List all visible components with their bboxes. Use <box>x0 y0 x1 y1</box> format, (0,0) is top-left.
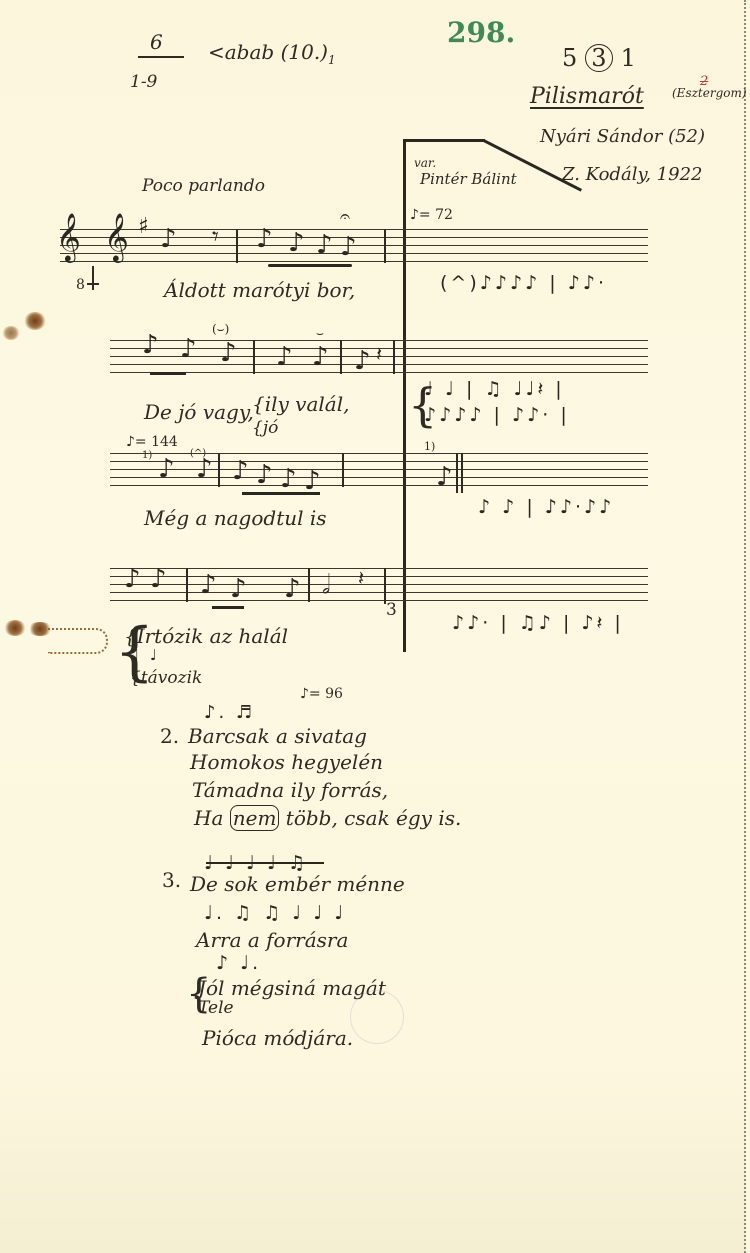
eighth-note-icon: ♪ <box>196 456 213 482</box>
classification-circled: 3 <box>585 44 613 72</box>
lyrics-line-4-rhythm: ♩ ♩ <box>132 646 160 664</box>
verse-2-line-4-suffix: több, csak égy is. <box>279 806 461 830</box>
verse-3-beam <box>206 862 324 864</box>
variant-rhythm-3: ♪ ♪ | ♪♪·♪♪ <box>478 496 614 518</box>
fraction-bar <box>138 56 184 58</box>
barline <box>186 568 188 602</box>
lyrics-line-4-bottom: {távozik <box>130 668 202 688</box>
place-note: (Esztergom) <box>672 86 747 100</box>
eighth-note-icon: ♪ <box>230 576 247 602</box>
half-note-icon: 𝅗𝅥 <box>322 572 330 598</box>
eighth-note-icon: ♪ <box>142 332 159 358</box>
ornament-mark: ⌣ <box>316 326 324 341</box>
tempo-marking: Poco parlando <box>142 176 265 196</box>
octave-stem <box>92 266 94 290</box>
eighth-note-icon: ♪ <box>200 572 217 598</box>
form-label: <abab (10.)1 <box>208 40 336 67</box>
fermata-icon: 𝄐 <box>340 208 350 226</box>
verse-2-line: Ha nem több, csak égy is. <box>194 806 461 830</box>
verse-3-line: De sok embér ménne <box>190 872 405 896</box>
classification: 5 3 1 <box>562 44 636 72</box>
place-note-text: (Esztergom) <box>672 86 747 100</box>
variant-tempo: ♪= 72 <box>410 207 453 223</box>
lyrics-line-4-top: {Irtózik az halál <box>124 624 288 648</box>
barline <box>393 340 395 374</box>
ink-stain <box>2 326 20 340</box>
variant-rhythm-2-top: ♩ ♩ | ♫ ♩♩𝄽 | <box>424 378 565 400</box>
tempo-staff-3: ♪= 144 <box>126 434 178 450</box>
faint-stamp <box>350 990 404 1044</box>
eighth-note-icon: ♪ <box>256 226 273 252</box>
ink-stain <box>24 312 46 330</box>
stain-trail <box>48 628 108 654</box>
collector-year: Z. Kodály, 1922 <box>562 164 702 185</box>
verse-3-line: Pióca módjára. <box>202 1026 353 1050</box>
verse-2-line: Homokos hegyelén <box>190 750 383 774</box>
place-name: Pilismarót <box>530 84 644 109</box>
eighth-note-icon: ♪ <box>150 566 167 592</box>
eighth-note-icon: ♪ <box>232 458 249 484</box>
variant-label: var. <box>414 156 436 170</box>
ink-stain <box>4 620 26 636</box>
staff-3 <box>110 453 648 485</box>
fraction-numerator: 6 <box>150 30 163 54</box>
staff-4 <box>110 568 648 600</box>
barline <box>236 229 238 263</box>
verses-rhythm-hint: ♪. ♬ <box>204 702 255 723</box>
double-barline <box>456 453 458 493</box>
eighth-note-icon: ♪ <box>316 232 333 258</box>
catalog-number: 298. <box>447 16 515 49</box>
double-barline <box>461 453 463 493</box>
eighth-note-icon: ♪ <box>160 226 177 252</box>
classification-left: 5 <box>562 44 577 72</box>
verse-2-line: Barcsak a sivatag <box>188 724 367 748</box>
eighth-note-icon: ♪ <box>280 466 297 492</box>
eighth-note-icon: ♪ <box>158 456 175 482</box>
sharp-icon: ♯ <box>138 216 149 238</box>
fraction-denominator: 1-9 <box>130 72 157 92</box>
barline <box>308 568 310 602</box>
eighth-note-icon: ♪ <box>124 566 141 592</box>
barline <box>384 568 386 604</box>
barline <box>384 229 386 263</box>
eighth-note-icon: ♪ <box>312 344 329 370</box>
verses-tempo: ♪= 96 <box>300 686 343 702</box>
variant-box-top <box>403 139 485 142</box>
lyrics-line-1: Áldott marótyi bor, <box>164 278 355 302</box>
treble-clef-icon: 𝄞 <box>56 216 81 258</box>
verse-3-line-alt: Tele <box>198 998 234 1018</box>
form-label-text: <abab (10.) <box>208 40 328 64</box>
lyrics-line-2-alt-top: {ily valál, <box>252 392 349 416</box>
variant-singer: Pintér Bálint <box>420 170 517 188</box>
barline <box>340 340 342 374</box>
quarter-rest-icon: 𝄽 <box>376 344 382 364</box>
verse-2-number: 2. <box>160 724 179 748</box>
octave-mark: 8 <box>76 277 85 293</box>
singer-name: Nyári Sándor (52) <box>540 126 705 147</box>
barline <box>253 340 255 374</box>
lyrics-line-2: De jó vagy, <box>144 400 254 424</box>
beam <box>212 606 244 609</box>
eighth-note-icon: ♪ <box>436 464 453 490</box>
eighth-note-icon: ♪ <box>276 344 293 370</box>
eighth-note-icon: ♪ <box>340 234 357 260</box>
verse-3-rhythm-2: ♩. ♫ ♫ ♩ ♩ ♩ <box>204 902 346 924</box>
beam <box>268 264 352 267</box>
barline <box>218 453 220 487</box>
beam <box>150 372 186 375</box>
treble-clef-icon: 𝄞 <box>104 216 129 258</box>
verse-3-number: 3. <box>162 868 181 892</box>
variant-footnote: 1) <box>424 440 435 453</box>
verse-2-line-4-prefix: Ha <box>194 806 230 830</box>
variant-rhythm-1: (^)♪♪♪♪ | ♪♪· <box>440 272 607 294</box>
eighth-note-icon: ♪ <box>304 468 321 494</box>
beam <box>242 492 320 495</box>
end-mark: 3 <box>386 600 397 620</box>
quarter-rest-icon: 𝄽 <box>358 568 364 588</box>
lyrics-line-3: Még a nagodtul is <box>144 506 327 530</box>
boxed-word: nem <box>230 805 280 831</box>
eighth-note-icon: ♪ <box>256 462 273 488</box>
lyrics-line-2-alt-bottom: {jó <box>252 418 278 438</box>
verse-2-line: Támadna ily forrás, <box>192 778 388 802</box>
eighth-note-icon: ♪ <box>180 336 197 362</box>
ornament-mark: (⌣) <box>212 322 229 337</box>
eighth-note-icon: ♪ <box>354 348 371 374</box>
manuscript-page: 6 1-9 <abab (10.)1 298. 5 3 1 Pilismarót… <box>0 0 746 1253</box>
eighth-note-icon: ♪ <box>288 230 305 256</box>
verse-3-rhythm-3: ♪ ♩. <box>216 952 261 974</box>
variant-rhythm-2-bottom: ♪♪♪♪ | ♪♪· | <box>424 404 570 426</box>
verse-3-line: Arra a forrásra <box>196 928 348 952</box>
form-subscript: 1 <box>328 53 336 67</box>
eighth-note-icon: ♪ <box>220 340 237 366</box>
place-note-correction: 2 <box>700 74 708 89</box>
barline <box>342 453 344 487</box>
eighth-rest-icon: 𝄾 <box>212 224 219 250</box>
classification-right: 1 <box>621 44 636 72</box>
variant-rhythm-4: ♪♪· | ♫♪ | ♪𝄽 | <box>452 612 624 634</box>
eighth-note-icon: ♪ <box>284 576 301 602</box>
